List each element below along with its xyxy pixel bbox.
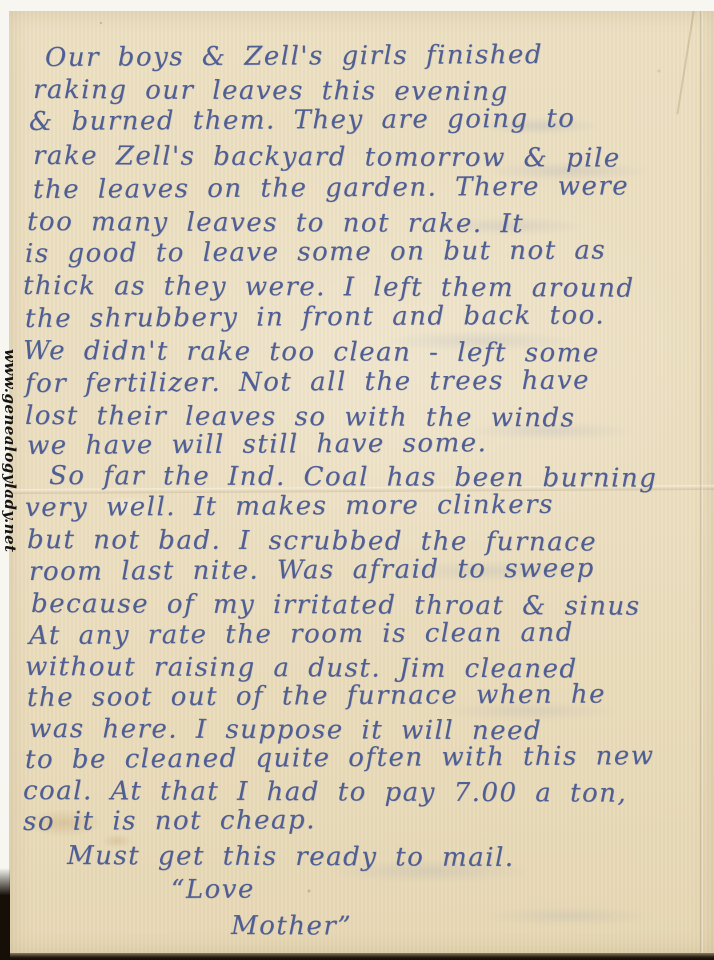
letter-line: so it is not cheap. xyxy=(23,805,316,837)
letter-line: very well. It makes more clinkers xyxy=(25,490,554,523)
letter-body: Our boys & Zell's girls finished raking … xyxy=(9,11,714,954)
letter-line: the shrubbery in front and back too. xyxy=(25,300,605,334)
letter-line: to be cleaned quite often with this new xyxy=(25,741,655,775)
letter-line: We didn't rake too clean - left some xyxy=(23,336,600,369)
letter-line: we have will still have some. xyxy=(27,428,488,461)
letter-line: too many leaves to not rake. It xyxy=(27,207,524,239)
letter-line: thick as they were. I left them around xyxy=(23,271,635,304)
scan-edge-bottom-left xyxy=(0,868,10,960)
letter-line: coal. At that I had to pay 7.00 a ton, xyxy=(23,776,627,809)
watermark-text: www.genealogylady.net xyxy=(1,349,19,553)
letter-line: raking our leaves this evening xyxy=(33,75,509,107)
letter-closing-line: Must get this ready to mail. xyxy=(67,841,515,873)
letter-line: room last nite. Was afraid to sweep xyxy=(29,554,595,587)
scanned-letter-page: Our boys & Zell's girls finished raking … xyxy=(0,0,714,960)
letter-line: is good to leave some on but not as xyxy=(25,235,606,269)
scan-edge-bottom xyxy=(0,953,714,960)
letter-line: rake Zell's backyard tomorrow & pile xyxy=(33,141,621,174)
letter-line: for fertilizer. Not all the trees have xyxy=(25,366,590,399)
letter-valediction: “Love xyxy=(171,874,255,905)
letter-line: because of my irritated throat & sinus xyxy=(31,589,641,622)
letter-line: the leaves on the garden. There were xyxy=(33,171,629,205)
letter-line: & burned them. They are going to xyxy=(29,104,576,137)
letter-line: So far the Ind. Coal has been burning xyxy=(49,461,657,494)
letter-paper: Our boys & Zell's girls finished raking … xyxy=(9,11,714,954)
letter-signature: Mother” xyxy=(231,911,352,942)
letter-line: but not bad. I scrubbed the furnace xyxy=(27,525,597,557)
letter-line: At any rate the room is clean and xyxy=(29,618,574,651)
letter-line: Our boys & Zell's girls finished xyxy=(45,40,543,73)
letter-line: the soot out of the furnace when he xyxy=(27,679,606,713)
